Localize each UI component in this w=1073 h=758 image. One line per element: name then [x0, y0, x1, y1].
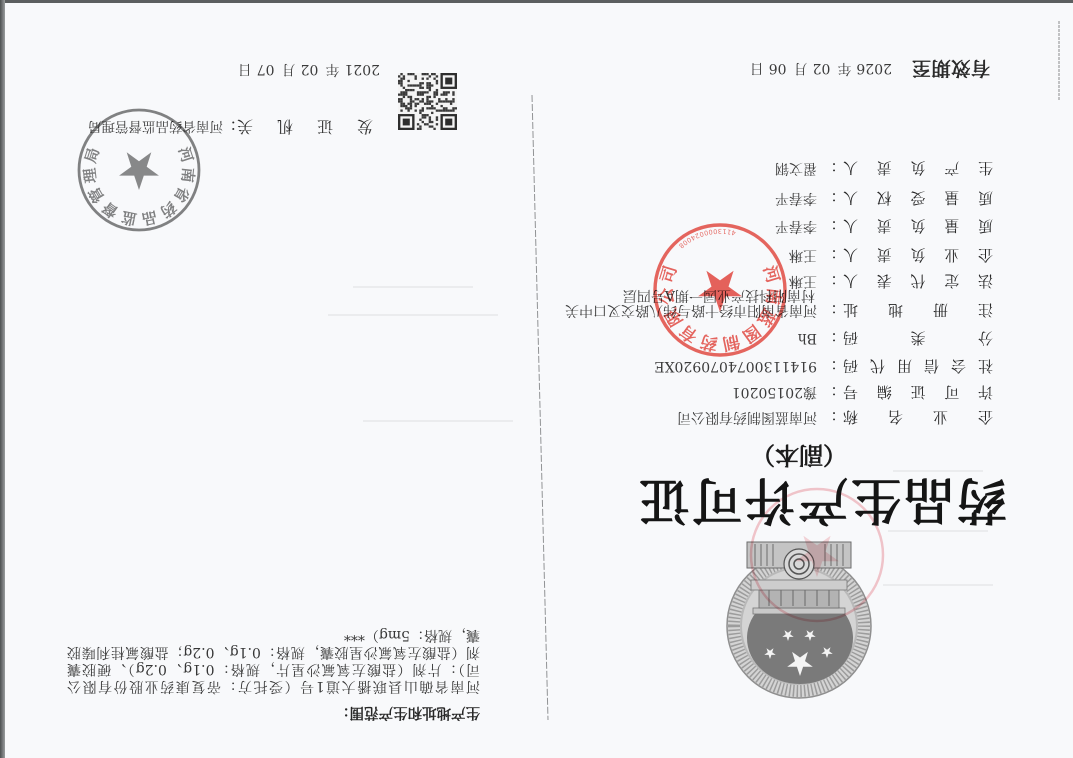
star-icon — [795, 536, 839, 577]
field-label: 法定代表人 — [843, 271, 993, 291]
validity-month: 02 — [813, 60, 831, 76]
field-label: 注册地址 — [843, 300, 993, 320]
svg-text:4113000024008: 4113000024008 — [677, 227, 736, 250]
field-colon: ： — [817, 407, 843, 427]
month-unit: 月 — [282, 61, 296, 77]
production-scope-line: 河南省确山县联播大道1号（受托方：帝复康药业股份有限公 — [67, 677, 480, 694]
company-seal-stamp: 河南蓝图制药有限公司 4113000024008 — [650, 220, 790, 360]
validity-label: 有效期至 — [912, 56, 990, 80]
production-scope-line: 囊，规格：5mg）*** — [67, 626, 480, 643]
field-colon: ： — [817, 356, 843, 376]
field-label: 生产负责人 — [843, 158, 993, 178]
field-enterprise-head: 企业负责人：王琳 — [789, 245, 993, 265]
field-colon: ： — [817, 158, 843, 178]
production-scope-line: 司）：片剂（盐酸左氧氟沙星片，规格：0.1g、0.2g）、硬胶囊 — [67, 660, 480, 677]
field-value: 李春平 — [775, 188, 817, 208]
validity-row: 有效期至 — [912, 56, 990, 80]
field-value: Bh — [798, 328, 817, 348]
field-value: 河南蓝图制药有限公司 — [677, 407, 817, 427]
field-label: 质量负责人 — [843, 216, 993, 236]
field-colon: ： — [817, 328, 843, 348]
issue-date: 2021年02月07日 — [231, 59, 380, 79]
star-icon — [119, 152, 159, 190]
field-label: 企业负责人 — [843, 245, 993, 265]
issuer-seal-stamp: 河南省药品监督管理局 — [74, 105, 204, 235]
field-colon: ： — [817, 271, 843, 291]
issuer-label: 发证机关 — [237, 116, 373, 136]
field-legal-representative: 法定代表人：王琳 — [789, 271, 993, 291]
field-colon: ： — [817, 245, 843, 265]
field-production-head: 生产负责人：翟文钢 — [775, 158, 993, 178]
company-seal-code: 4113000024008 — [677, 227, 736, 250]
star-icon — [698, 271, 742, 312]
field-quality-head: 质量负责人：李春平 — [775, 216, 993, 236]
production-scope-heading: 生产地址和生产范围： — [335, 702, 480, 722]
year-unit: 年 — [837, 60, 851, 76]
field-label: 社会信用代码 — [843, 356, 993, 376]
field-colon: ： — [817, 382, 843, 402]
center-fold-line — [532, 95, 548, 720]
field-quality-authorized-person: 质量受权人：李春平 — [775, 188, 993, 208]
issuer-colon: ： — [223, 116, 237, 136]
production-scope-line: 剂（盐酸左氧氟沙星胶囊，规格：0.1g、0.2g；盐酸氟桂利嗪胶 — [67, 643, 480, 660]
month-unit: 月 — [794, 60, 808, 76]
validity-day: 06 — [769, 60, 787, 76]
copy-label: （副本） — [753, 440, 847, 470]
field-label: 质量受权人 — [843, 188, 993, 208]
field-category-code: 分类码：Bh — [798, 328, 993, 348]
qr-code-icon — [398, 73, 457, 130]
field-label: 企业名称 — [843, 407, 993, 427]
day-unit: 日 — [238, 61, 252, 77]
field-value: 王琳 — [789, 271, 817, 291]
field-label: 许可证编号 — [843, 382, 993, 402]
issue-month: 02 — [301, 61, 319, 77]
field-value: 王琳 — [789, 245, 817, 265]
field-license-number: 许可证编号：豫20150201 — [732, 382, 993, 402]
field-company-name: 企业名称：河南蓝图制药有限公司 — [677, 407, 993, 427]
issue-year: 2021 — [344, 61, 380, 77]
drug-production-license-scan: 药品生产许可证 （副本） 企业名称：河南蓝图制药有限公司 许可证编号：豫2015… — [0, 0, 1073, 758]
field-colon: ： — [817, 300, 843, 320]
field-value: 豫20150201 — [732, 382, 817, 402]
page-title: 药品生产许可证 — [639, 470, 1007, 530]
field-label: 分类码 — [843, 328, 993, 348]
day-unit: 日 — [750, 60, 764, 76]
year-unit: 年 — [325, 61, 339, 77]
field-value: 翟文钢 — [775, 158, 817, 178]
field-colon: ： — [817, 216, 843, 236]
issue-day: 07 — [257, 61, 275, 77]
validity-date: 2026年02月06日 — [743, 58, 892, 78]
field-colon: ： — [817, 188, 843, 208]
validity-year: 2026 — [856, 60, 892, 76]
